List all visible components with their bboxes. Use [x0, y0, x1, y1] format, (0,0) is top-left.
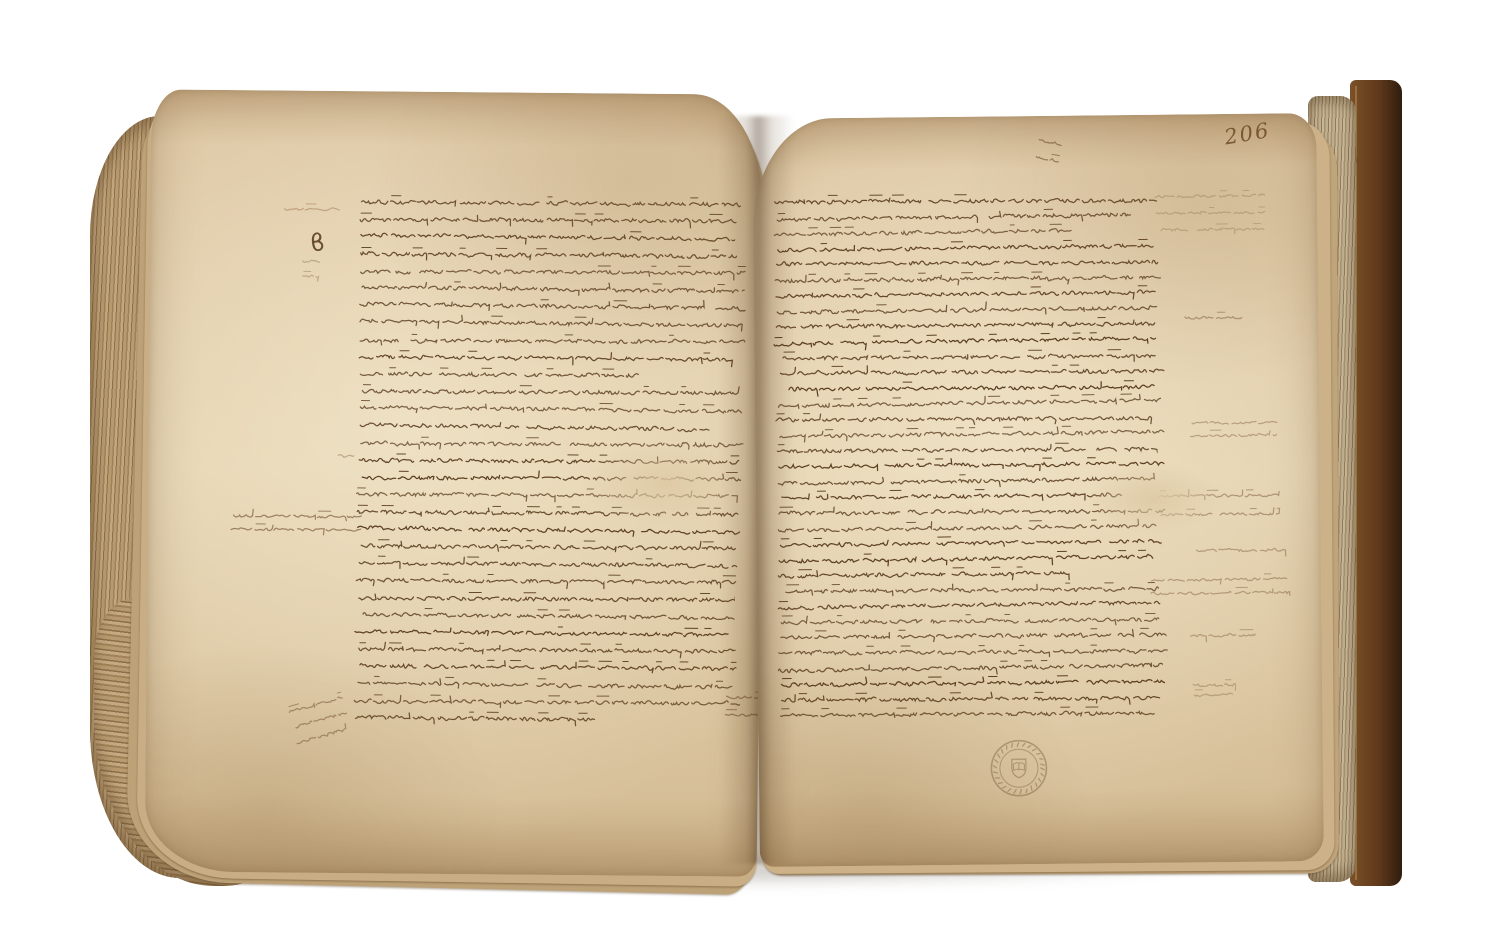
margin-note: [1192, 678, 1236, 704]
margin-tick: [300, 251, 320, 289]
corner-scribble: [283, 686, 354, 755]
left-text-block: [359, 191, 751, 194]
margin-note: [1189, 413, 1277, 446]
manuscript-text-line: [354, 570, 737, 590]
open-book-icon: [1013, 763, 1024, 771]
right-text-block: [773, 189, 1167, 193]
leather-cover-edge: [1350, 80, 1402, 886]
margin-note: [1182, 308, 1242, 328]
margin-gloss: [227, 506, 361, 541]
margin-note: [1158, 481, 1280, 528]
gutter-shadow: [720, 116, 794, 864]
left-page: ϐ: [145, 89, 764, 876]
margin-note: [1149, 569, 1291, 604]
faded-margin-caption: [282, 199, 346, 219]
corner-scribbles: [1153, 184, 1266, 243]
top-center-mark: [1031, 128, 1064, 174]
margin-tick: [336, 447, 354, 466]
right-page: 206: [752, 113, 1324, 867]
library-stamp: [988, 737, 1051, 804]
margin-note: [1187, 626, 1255, 647]
manuscript-text-line: [353, 707, 594, 727]
manuscript-text-line: [780, 703, 1158, 723]
margin-note: [1193, 539, 1287, 562]
manuscript-photo: ϐ 206: [0, 0, 1500, 950]
folio-number: 206: [1223, 118, 1272, 149]
